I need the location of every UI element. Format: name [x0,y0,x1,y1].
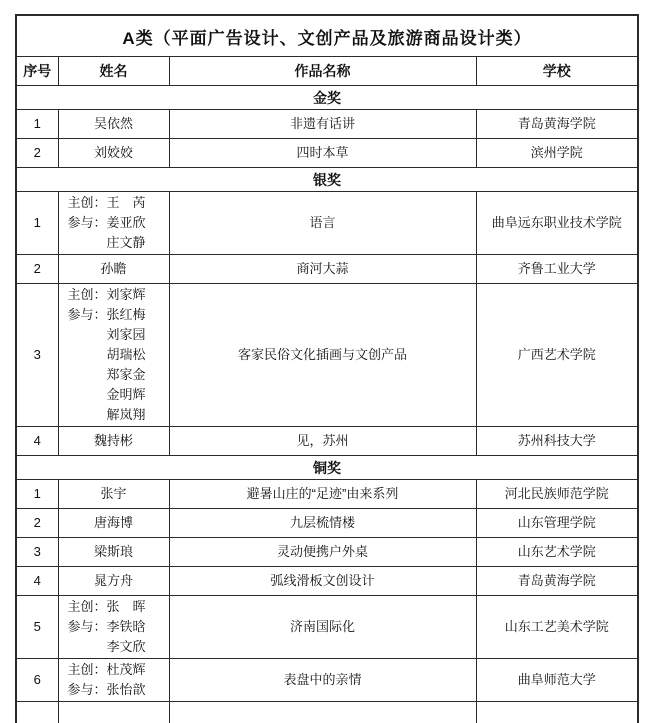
award-section-row: 金奖 [16,86,638,110]
award-section-label: 银奖 [16,168,638,192]
row-number: 3 [16,538,58,567]
column-header-name: 姓名 [58,57,169,86]
row-number: 2 [16,255,58,284]
row-number: 4 [16,567,58,596]
award-results-table: A类（平面广告设计、文创产品及旅游商品设计类） 序号 姓名 作品名称 学校 金奖… [15,14,639,723]
table-row: 1主创：王 芮 参与：姜亚欣 庄文静语言曲阜远东职业技术学院 [16,192,638,255]
empty-cell [58,702,169,723]
row-number: 2 [16,509,58,538]
school-name: 山东艺术学院 [476,538,638,567]
author-name: 吴依然 [58,110,169,139]
work-title: 表盘中的亲情 [169,659,476,702]
work-title: 见，苏州 [169,427,476,456]
table-row: 2孙瞻商河大蒜齐鲁工业大学 [16,255,638,284]
work-title: 避暑山庄的“足迹”由来系列 [169,480,476,509]
column-header-work: 作品名称 [169,57,476,86]
school-name: 齐鲁工业大学 [476,255,638,284]
empty-cell [16,702,58,723]
table-row: 4晁方舟弧线滑板文创设计青岛黄海学院 [16,567,638,596]
row-number: 2 [16,139,58,168]
table-title: A类（平面广告设计、文创产品及旅游商品设计类） [16,15,638,57]
table-row: 3梁斯琅灵动便携户外桌山东艺术学院 [16,538,638,567]
column-header-number: 序号 [16,57,58,86]
school-name: 滨州学院 [476,139,638,168]
work-title: 四时本草 [169,139,476,168]
school-name: 青岛黄海学院 [476,110,638,139]
row-number: 6 [16,659,58,702]
table-title-row: A类（平面广告设计、文创产品及旅游商品设计类） [16,15,638,57]
author-name: 唐海博 [58,509,169,538]
work-title: 九层梳情楼 [169,509,476,538]
school-name: 山东管理学院 [476,509,638,538]
work-title: 客家民俗文化插画与文创产品 [169,284,476,427]
author-name: 梁斯琅 [58,538,169,567]
author-name: 孙瞻 [58,255,169,284]
table-row: 5主创：张 晖 参与：李铁晗 李文欣济南国际化山东工艺美术学院 [16,596,638,659]
school-name: 广西艺术学院 [476,284,638,427]
school-name: 苏州科技大学 [476,427,638,456]
author-name: 魏持彬 [58,427,169,456]
author-name: 主创：刘家辉 参与：张红梅 刘家园 胡瑞松 郑家金 金明辉 解岚翔 [58,284,169,427]
partial-row [16,702,638,723]
row-number: 1 [16,192,58,255]
row-number: 1 [16,480,58,509]
award-section-label: 铜奖 [16,456,638,480]
table-row: 2刘姣姣四时本草滨州学院 [16,139,638,168]
author-name: 主创：王 芮 参与：姜亚欣 庄文静 [58,192,169,255]
award-section-row: 铜奖 [16,456,638,480]
author-name: 主创：杜茂辉 参与：张怡歆 [58,659,169,702]
row-number: 5 [16,596,58,659]
school-name: 曲阜师范大学 [476,659,638,702]
school-name: 山东工艺美术学院 [476,596,638,659]
table-header-row: 序号 姓名 作品名称 学校 [16,57,638,86]
author-name: 张宇 [58,480,169,509]
school-name: 曲阜远东职业技术学院 [476,192,638,255]
award-section-row: 银奖 [16,168,638,192]
work-title: 语言 [169,192,476,255]
row-number: 4 [16,427,58,456]
table-row: 1吴依然非遗有话讲青岛黄海学院 [16,110,638,139]
document-page: A类（平面广告设计、文创产品及旅游商品设计类） 序号 姓名 作品名称 学校 金奖… [0,0,650,723]
empty-cell [169,702,476,723]
table-row: 3主创：刘家辉 参与：张红梅 刘家园 胡瑞松 郑家金 金明辉 解岚翔客家民俗文化… [16,284,638,427]
author-name: 主创：张 晖 参与：李铁晗 李文欣 [58,596,169,659]
work-title: 弧线滑板文创设计 [169,567,476,596]
table-row: 1张宇避暑山庄的“足迹”由来系列河北民族师范学院 [16,480,638,509]
row-number: 1 [16,110,58,139]
work-title: 济南国际化 [169,596,476,659]
table-row: 4魏持彬见，苏州苏州科技大学 [16,427,638,456]
table-row: 6主创：杜茂辉 参与：张怡歆表盘中的亲情曲阜师范大学 [16,659,638,702]
author-name: 刘姣姣 [58,139,169,168]
empty-cell [476,702,638,723]
work-title: 灵动便携户外桌 [169,538,476,567]
work-title: 非遗有话讲 [169,110,476,139]
table-row: 2唐海博九层梳情楼山东管理学院 [16,509,638,538]
column-header-school: 学校 [476,57,638,86]
school-name: 青岛黄海学院 [476,567,638,596]
school-name: 河北民族师范学院 [476,480,638,509]
row-number: 3 [16,284,58,427]
work-title: 商河大蒜 [169,255,476,284]
award-section-label: 金奖 [16,86,638,110]
author-name: 晁方舟 [58,567,169,596]
